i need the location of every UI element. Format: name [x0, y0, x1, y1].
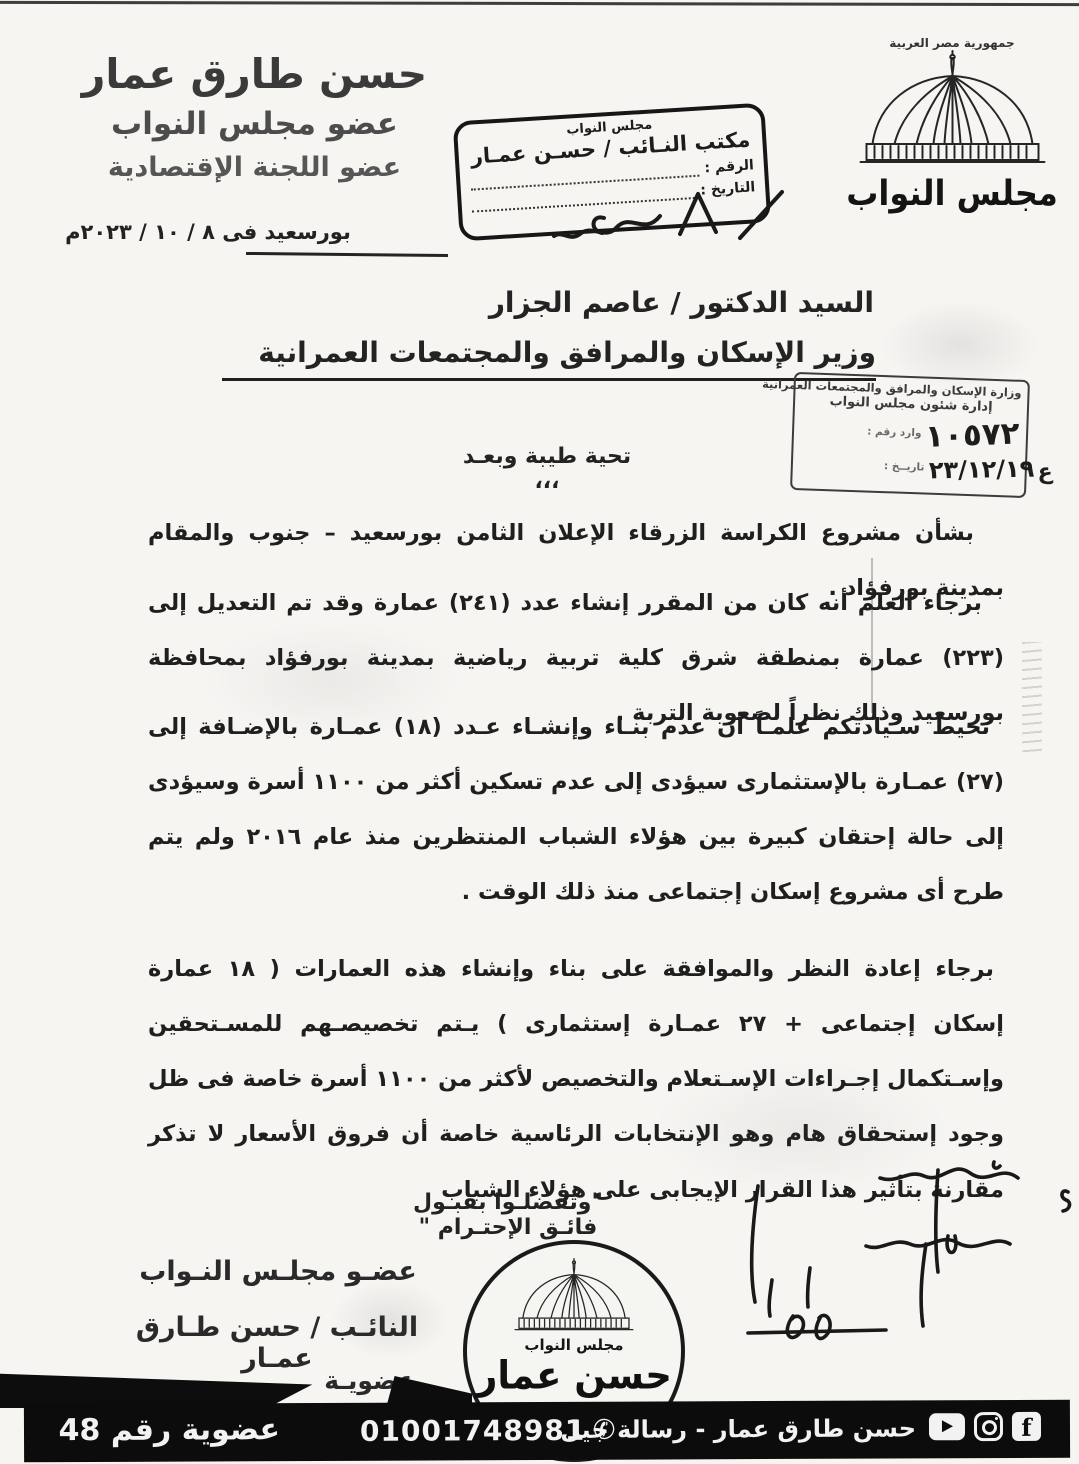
social-icons: f	[929, 1412, 1041, 1441]
scan-noise	[880, 300, 1040, 390]
emblem-council-text: مجلس النواب	[843, 172, 1061, 213]
round-stamp-name: حسن عمار	[467, 1353, 681, 1398]
handwritten-date-scribble	[542, 168, 792, 253]
greeting: تحية طيبة وبعـد ،،،	[452, 444, 642, 494]
scan-edge-line	[0, 1, 1079, 6]
round-stamp-council: مجلس النواب	[467, 1336, 681, 1354]
fold-crease	[871, 558, 873, 713]
letterhead-role-2: عضو اللجنة الإقتصادية	[52, 152, 457, 183]
closing-phrase: "وتفضلـوا بقبـول فائـق الإحتـرام "	[388, 1190, 628, 1240]
letterhead: حسن طارق عمار عضو مجلس النواب عضو اللجنة…	[52, 50, 457, 183]
letterhead-name: حسن طارق عمار	[52, 50, 457, 98]
recipient-title: وزير الإسكان والمرافق والمجتمعات العمران…	[222, 336, 876, 381]
ministry-stamp-received-label: وارد رقم :	[867, 426, 922, 440]
ministry-stamp-date-value: ٢٣/١٢/١٩	[928, 455, 1034, 485]
letter-page: حسن طارق عمار عضو مجلس النواب عضو اللجنة…	[0, 0, 1079, 1464]
phone-number: 01001748981	[360, 1414, 585, 1448]
membership-badge: عضوية رقم 48	[59, 1412, 281, 1448]
recipient-name: السيد الدكتور / عاصم الجزار	[300, 286, 874, 319]
ministry-stamp-scribble: ع	[1037, 459, 1053, 485]
parliament-dome-icon	[850, 50, 1055, 168]
ministry-stamp: وزارة الإسكان والمرافق والمجتمعات العمرا…	[790, 372, 1030, 498]
facebook-icon: f	[1012, 1412, 1041, 1441]
ministry-stamp-date-label: تاريــخ :	[884, 460, 925, 473]
ministry-stamp-received-number: ١٠٥٧٢	[925, 416, 1021, 455]
scan-smudge	[1022, 642, 1042, 752]
scan-noise	[650, 1060, 950, 1200]
scan-noise	[330, 1280, 450, 1360]
letterhead-date: بورسعيد فى ٨ / ١٠ / ٢٠٢٣م	[58, 220, 358, 244]
parliament-emblem: جمهورية مصر العربية مجلس النواب	[843, 36, 1061, 212]
emblem-country-text: جمهورية مصر العربية	[843, 36, 1061, 50]
footer-bar: عضوية رقم 48 01001748981 ✆ حسن طارق عمار…	[24, 1400, 1070, 1463]
date-underline	[246, 252, 448, 257]
youtube-icon	[929, 1413, 965, 1440]
scan-noise	[200, 620, 460, 740]
instagram-icon	[974, 1412, 1003, 1441]
letterhead-role-1: عضو مجلس النواب	[52, 106, 457, 142]
footer-slogan: حسن طارق عمار - رسالة جيل	[616, 1414, 916, 1443]
stamp-dome-icon	[510, 1258, 638, 1336]
